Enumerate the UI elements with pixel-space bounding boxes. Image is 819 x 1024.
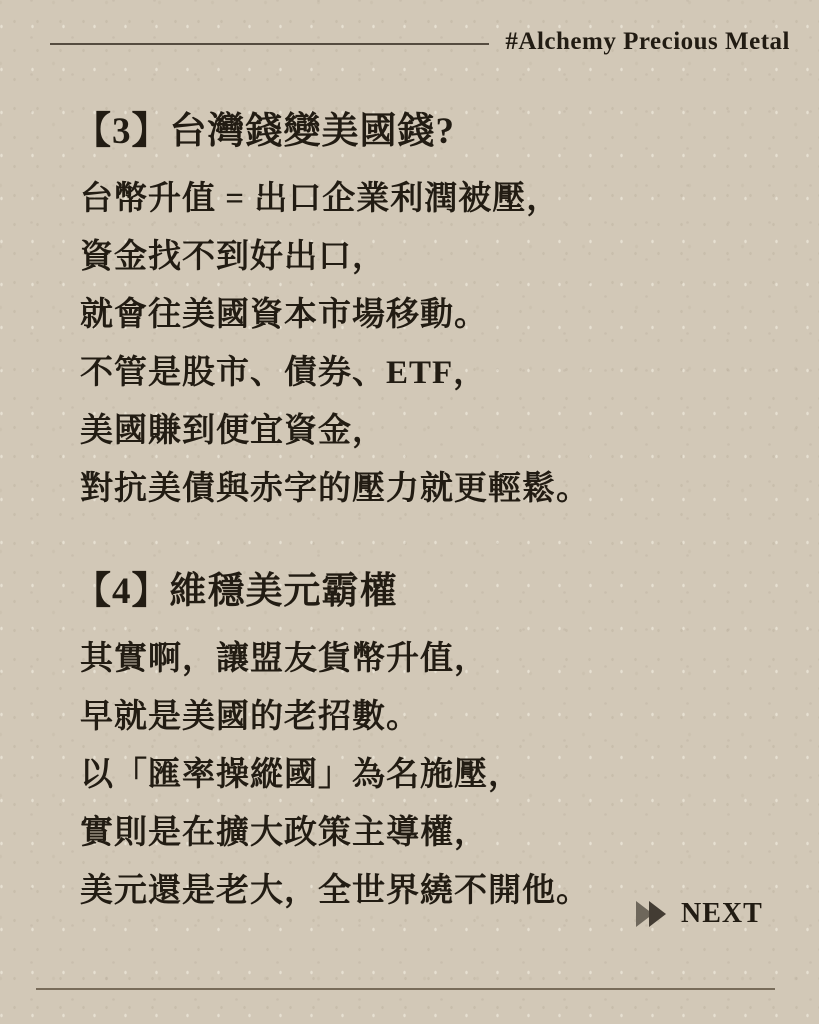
next-button[interactable]: NEXT xyxy=(636,898,763,930)
footer-divider xyxy=(36,988,775,990)
text-line: 美國賺到便宜資金， xyxy=(80,402,770,460)
brand-hashtag: #Alchemy Precious Metal xyxy=(505,28,790,56)
text-line: 實則是在擴大政策主導權， xyxy=(80,804,770,862)
text-line: 資金找不到好出口， xyxy=(80,228,770,286)
header: #Alchemy Precious Metal xyxy=(50,28,790,56)
section-3: 【3】台灣錢變美國錢? 台幣升值 = 出口企業利潤被壓， 資金找不到好出口， 就… xyxy=(80,110,770,518)
slide-page: #Alchemy Precious Metal 【3】台灣錢變美國錢? 台幣升值… xyxy=(0,0,819,1024)
section-4: 【4】維穩美元霸權 其實啊，讓盟友貨幣升值， 早就是美國的老招數。 以「匯率操縱… xyxy=(80,570,770,920)
text-line: 其實啊，讓盟友貨幣升值， xyxy=(80,630,770,688)
header-divider xyxy=(50,43,489,45)
next-label: NEXT xyxy=(681,898,763,930)
content: 【3】台灣錢變美國錢? 台幣升值 = 出口企業利潤被壓， 資金找不到好出口， 就… xyxy=(80,96,770,920)
text-line: 對抗美債與赤字的壓力就更輕鬆。 xyxy=(80,460,770,518)
fast-forward-icon xyxy=(636,901,672,927)
text-line: 以「匯率操縱國」為名施壓， xyxy=(80,746,770,804)
section-4-heading: 【4】維穩美元霸權 xyxy=(74,570,770,614)
text-line: 台幣升值 = 出口企業利潤被壓， xyxy=(80,170,770,228)
text-line: 不管是股市、債券、ETF， xyxy=(80,344,770,402)
text-line: 早就是美國的老招數。 xyxy=(80,688,770,746)
text-line: 就會往美國資本市場移動。 xyxy=(80,286,770,344)
section-3-heading: 【3】台灣錢變美國錢? xyxy=(74,110,770,154)
